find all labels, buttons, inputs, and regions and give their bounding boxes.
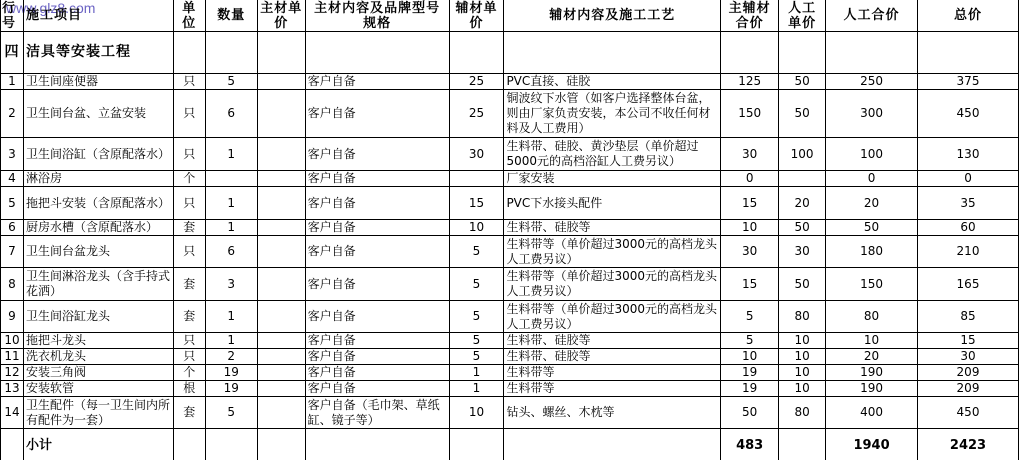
cell-material-total: 15 [721,187,779,220]
cell-aux-material: 生料带、硅胶等 [504,220,721,236]
cell-aux-price: 1 [449,365,504,381]
table-row: 6厨房水槽（含原配落水）套1客户自备10生料带、硅胶等10505060 [1,220,1019,236]
cell-aux-price: 25 [449,74,504,90]
cell-item-name: 安装三角阀 [23,365,173,381]
cell-labor-price [779,171,826,187]
header-labor-price: 人工单价 [779,0,826,32]
table-row: 8卫生间淋浴龙头（含手持式花洒）套3客户自备5生料带等（单价超过3000元的高档… [1,268,1019,301]
blank [205,429,257,460]
cell-material-total: 30 [721,236,779,268]
cell-item-name: 卫生间淋浴龙头（含手持式花洒） [23,268,173,301]
cell-item-name: 安装软管 [23,381,173,397]
cell-item-name: 卫生间台盆龙头 [23,236,173,268]
cell-item-name: 拖把斗安装（含原配落水） [23,187,173,220]
cell-material-total: 30 [721,138,779,171]
cell-row-no: 13 [1,381,24,397]
cell-total-price: 15 [918,333,1019,349]
cell-aux-material: 铜波纹下水管（如客户选择整体台盆，则由厂家负责安装，本公司不收任何材料及人工费用… [504,90,721,138]
cell-quantity: 1 [205,187,257,220]
cell-row-no: 1 [1,74,24,90]
table-row: 5拖把斗安装（含原配落水）只1客户自备15PVC下水接头配件15202035 [1,187,1019,220]
cell-main-material: 客户自备 [305,138,449,171]
cell-item-name: 洗衣机龙头 [23,349,173,365]
cell-main-material: 客户自备 [305,90,449,138]
header-qty: 数量 [205,0,257,32]
cell-total-price: 60 [918,220,1019,236]
table-row: 13安装软管根19客户自备1生料带等1910190209 [1,381,1019,397]
cell-aux-price: 5 [449,236,504,268]
cell-aux-material: 生料带、硅胶、黄沙垫层（单价超过5000元的高档浴缸人工费另议） [504,138,721,171]
cell-unit: 个 [173,171,205,187]
cell-material-total: 19 [721,365,779,381]
cell-unit: 套 [173,220,205,236]
cell-aux-price: 5 [449,268,504,301]
cell-row-no: 12 [1,365,24,381]
cell-labor-price: 50 [779,268,826,301]
cell-main-price [257,365,305,381]
cell-row-no: 9 [1,301,24,333]
cell-material-total: 19 [721,381,779,397]
cell-labor-total: 190 [826,365,918,381]
blank [173,429,205,460]
header-unit: 单位 [173,0,205,32]
cell-main-price [257,220,305,236]
cell-unit: 套 [173,301,205,333]
cell-aux-price: 15 [449,187,504,220]
cell-labor-total: 150 [826,268,918,301]
cell-item-name: 卫生配件（每一卫生间内所有配件为一套） [23,397,173,429]
subtotal-blank [1,429,24,460]
header-row: 行号 施工项目 单位 数量 主材单价 主材内容及品牌型号规格 辅材单价 辅材内容… [1,0,1019,32]
cell-labor-price: 50 [779,74,826,90]
header-aux-price: 辅材单价 [449,0,504,32]
header-total: 总价 [918,0,1019,32]
cell-unit: 只 [173,333,205,349]
cell-unit: 套 [173,397,205,429]
cell-unit: 套 [173,268,205,301]
cell-aux-material: 生料带等 [504,381,721,397]
cell-main-price [257,74,305,90]
cell-main-price [257,397,305,429]
cell-aux-price: 10 [449,397,504,429]
cell-labor-price: 100 [779,138,826,171]
cell-aux-material: 生料带等（单价超过3000元的高档龙头人工费另议） [504,268,721,301]
cell-labor-price: 80 [779,397,826,429]
cell-item-name: 卫生间浴缸龙头 [23,301,173,333]
cell-row-no: 4 [1,171,24,187]
cell-unit: 只 [173,138,205,171]
header-item: 施工项目 [23,0,173,32]
cell-labor-price: 10 [779,365,826,381]
cell-main-material: 客户自备 [305,333,449,349]
cell-total-price: 209 [918,365,1019,381]
cell-aux-price: 1 [449,381,504,397]
cell-labor-price: 50 [779,90,826,138]
cell-main-material: 客户自备 [305,236,449,268]
cell-quantity: 1 [205,220,257,236]
cell-labor-total: 400 [826,397,918,429]
cell-main-price [257,301,305,333]
cell-main-price [257,171,305,187]
subtotal-total: 2423 [918,429,1019,460]
cell-main-material: 客户自备 [305,365,449,381]
cell-main-material: 客户自备 [305,268,449,301]
table-row: 11洗衣机龙头只2客户自备5生料带、硅胶等10102030 [1,349,1019,365]
cell-item-name: 淋浴房 [23,171,173,187]
header-aux-desc: 辅材内容及施工工艺 [504,0,721,32]
table-row: 9卫生间浴缸龙头套1客户自备5生料带等（单价超过3000元的高档龙头人工费另议）… [1,301,1019,333]
header-main-price: 主材单价 [257,0,305,32]
cell-quantity: 5 [205,397,257,429]
cell-total-price: 450 [918,90,1019,138]
cell-aux-material: PVC下水接头配件 [504,187,721,220]
table-row: 2卫生间台盆、立盆安装只6客户自备25铜波纹下水管（如客户选择整体台盆，则由厂家… [1,90,1019,138]
cell-unit: 只 [173,236,205,268]
cell-labor-price: 10 [779,381,826,397]
cell-total-price: 450 [918,397,1019,429]
cell-total-price: 35 [918,187,1019,220]
cell-aux-material: 钻头、螺丝、木枕等 [504,397,721,429]
cell-material-total: 10 [721,220,779,236]
cell-main-price [257,236,305,268]
cell-row-no: 6 [1,220,24,236]
cell-item-name: 拖把斗龙头 [23,333,173,349]
table-row: 3卫生间浴缸（含原配落水）只1客户自备30生料带、硅胶、黄沙垫层（单价超过500… [1,138,1019,171]
cell-quantity: 3 [205,268,257,301]
cell-total-price: 30 [918,349,1019,365]
cell-labor-total: 300 [826,90,918,138]
cell-quantity: 19 [205,365,257,381]
cell-item-name: 厨房水槽（含原配落水） [23,220,173,236]
cell-aux-material: 生料带等 [504,365,721,381]
cell-main-price [257,187,305,220]
cell-main-price [257,138,305,171]
cell-aux-price: 25 [449,90,504,138]
cell-quantity: 6 [205,236,257,268]
cell-quantity: 1 [205,333,257,349]
cell-labor-total: 100 [826,138,918,171]
cell-aux-material: 生料带等（单价超过3000元的高档龙头人工费另议） [504,301,721,333]
cell-quantity [205,171,257,187]
cell-unit: 根 [173,381,205,397]
cell-main-material: 客户自备 [305,220,449,236]
quote-table: 行号 施工项目 单位 数量 主材单价 主材内容及品牌型号规格 辅材单价 辅材内容… [0,0,1019,460]
cell-aux-material: 生料带、硅胶等 [504,349,721,365]
section-index: 四 [1,32,24,74]
cell-labor-total: 20 [826,349,918,365]
header-mat-total: 主辅材合价 [721,0,779,32]
blank [449,429,504,460]
cell-aux-price: 30 [449,138,504,171]
cell-unit: 只 [173,90,205,138]
cell-quantity: 1 [205,138,257,171]
cell-row-no: 3 [1,138,24,171]
subtotal-material: 483 [721,429,779,460]
table-row: 1卫生间座便器只5客户自备25PVC直接、硅胶12550250375 [1,74,1019,90]
cell-unit: 个 [173,365,205,381]
cell-material-total: 125 [721,74,779,90]
table-row: 10拖把斗龙头只1客户自备5生料带、硅胶等5101015 [1,333,1019,349]
cell-material-total: 0 [721,171,779,187]
cell-main-material: 客户自备（毛巾架、草纸缸、镜子等） [305,397,449,429]
cell-labor-total: 190 [826,381,918,397]
table-row: 14卫生配件（每一卫生间内所有配件为一套）套5客户自备（毛巾架、草纸缸、镜子等）… [1,397,1019,429]
header-main-desc: 主材内容及品牌型号规格 [305,0,449,32]
blank [257,429,305,460]
cell-quantity: 2 [205,349,257,365]
subtotal-label: 小计 [23,429,173,460]
cell-labor-total: 250 [826,74,918,90]
table-row: 4淋浴房个客户自备厂家安装000 [1,171,1019,187]
cell-labor-price: 10 [779,349,826,365]
cell-main-price [257,349,305,365]
cell-total-price: 85 [918,301,1019,333]
cell-total-price: 375 [918,74,1019,90]
cell-aux-price: 10 [449,220,504,236]
cell-main-price [257,381,305,397]
cell-labor-price: 50 [779,220,826,236]
table-row: 7卫生间台盆龙头只6客户自备5生料带等（单价超过3000元的高档龙头人工费另议）… [1,236,1019,268]
cell-row-no: 2 [1,90,24,138]
cell-material-total: 150 [721,90,779,138]
cell-item-name: 卫生间座便器 [23,74,173,90]
cell-row-no: 7 [1,236,24,268]
cell-material-total: 5 [721,301,779,333]
cell-row-no: 5 [1,187,24,220]
cell-quantity: 1 [205,301,257,333]
cell-unit: 只 [173,74,205,90]
section-title: 洁具等安装工程 [23,32,173,74]
subtotal-labor-price [779,429,826,460]
cell-item-name: 卫生间浴缸（含原配落水） [23,138,173,171]
header-row-no: 行号 [1,0,24,32]
cell-quantity: 19 [205,381,257,397]
header-labor-total: 人工合价 [826,0,918,32]
cell-labor-total: 80 [826,301,918,333]
cell-aux-price [449,171,504,187]
cell-main-price [257,90,305,138]
cell-aux-material: 生料带等（单价超过3000元的高档龙头人工费另议） [504,236,721,268]
cell-labor-price: 20 [779,187,826,220]
cell-labor-total: 10 [826,333,918,349]
cell-total-price: 0 [918,171,1019,187]
cell-total-price: 209 [918,381,1019,397]
cell-main-material: 客户自备 [305,381,449,397]
cell-quantity: 6 [205,90,257,138]
cell-main-price [257,333,305,349]
table-row: 12安装三角阀个19客户自备1生料带等1910190209 [1,365,1019,381]
subtotal-labor: 1940 [826,429,918,460]
cell-labor-total: 20 [826,187,918,220]
cell-labor-total: 50 [826,220,918,236]
cell-row-no: 14 [1,397,24,429]
cell-material-total: 10 [721,349,779,365]
blank [504,429,721,460]
subtotal-row: 小计48319402423 [1,429,1019,460]
cell-main-price [257,268,305,301]
cell-material-total: 5 [721,333,779,349]
cell-total-price: 165 [918,268,1019,301]
cell-labor-total: 180 [826,236,918,268]
cell-aux-material: PVC直接、硅胶 [504,74,721,90]
cell-main-material: 客户自备 [305,171,449,187]
cell-labor-price: 80 [779,301,826,333]
cell-aux-price: 5 [449,301,504,333]
cell-quantity: 5 [205,74,257,90]
cell-unit: 只 [173,187,205,220]
cell-row-no: 11 [1,349,24,365]
cell-item-name: 卫生间台盆、立盆安装 [23,90,173,138]
cell-main-material: 客户自备 [305,74,449,90]
cell-main-material: 客户自备 [305,187,449,220]
cell-main-material: 客户自备 [305,349,449,365]
cell-aux-material: 厂家安装 [504,171,721,187]
cell-material-total: 15 [721,268,779,301]
cell-main-material: 客户自备 [305,301,449,333]
cell-aux-price: 5 [449,349,504,365]
cell-aux-price: 5 [449,333,504,349]
cell-total-price: 130 [918,138,1019,171]
section-row: 四 洁具等安装工程 [1,32,1019,74]
cell-row-no: 10 [1,333,24,349]
cell-material-total: 50 [721,397,779,429]
cell-labor-total: 0 [826,171,918,187]
cell-unit: 只 [173,349,205,365]
cell-total-price: 210 [918,236,1019,268]
cell-labor-price: 30 [779,236,826,268]
blank [305,429,449,460]
cell-aux-material: 生料带、硅胶等 [504,333,721,349]
cell-row-no: 8 [1,268,24,301]
cell-labor-price: 10 [779,333,826,349]
